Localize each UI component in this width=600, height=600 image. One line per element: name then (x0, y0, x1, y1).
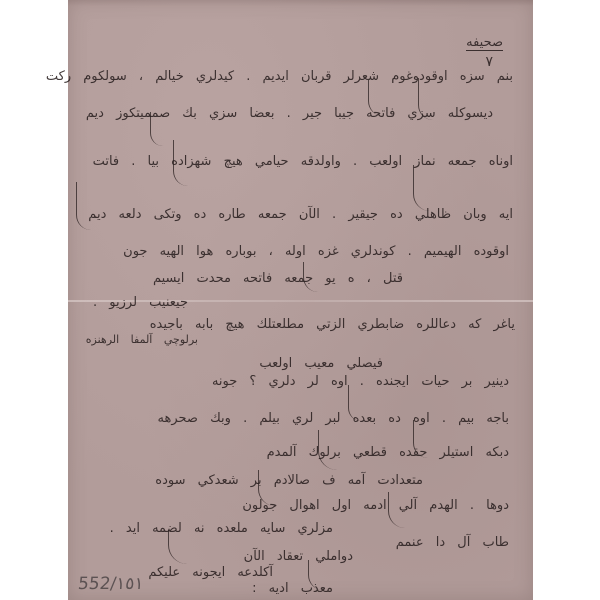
handwritten-line: مزلري سايه ملعده نه لضمه ايد . (110, 522, 333, 535)
handwritten-line: متعدادت آمه ف صالادم بر شعدكي سوده (155, 474, 423, 487)
handwritten-line: دبكه استيلر حقده قطعي برلوك آلمدم (267, 446, 509, 459)
ink-descender-stroke (348, 385, 361, 421)
ink-descender-stroke (168, 530, 187, 564)
handwritten-line: اوقوده الهيميم . كوندلري غزه اوله ، بوبا… (123, 245, 509, 258)
ink-descender-stroke (413, 420, 428, 458)
ink-descender-stroke (173, 140, 188, 186)
letter-page: صحيفه ٧ بنم سزه اوقودوغوم شعرلر قربان اي… (68, 0, 533, 600)
ink-descender-stroke (150, 112, 163, 146)
handwritten-line: دواملي تعقاد الآن (244, 550, 353, 563)
ink-descender-stroke (303, 262, 318, 292)
handwritten-line: اوناه جمعه نماز اولعب . واولدقه حيامي هي… (93, 155, 513, 168)
handwritten-line: آكلدعه ايجونه عليكم (148, 566, 273, 579)
handwritten-line: جيعنيب لرزيو . (93, 296, 188, 309)
handwritten-line: ايه وبان ظاهلي ده جيقير . الآن جمعه طاره… (88, 208, 513, 221)
handwritten-line: باجه بيم . اوه ده بعده لبر لري بيلم . وب… (158, 412, 509, 425)
handwritten-line: دوها . الهدم آلي ادمه اول اهوال جولون (242, 499, 509, 512)
ink-descender-stroke (76, 182, 91, 230)
page-heading: صحيفه (466, 36, 503, 51)
handwritten-line: طاب آل دا عنمم (396, 536, 509, 549)
handwritten-line: بنم سزه اوقودوغوم شعرلر قربان ايديم . كي… (46, 70, 513, 83)
page-number: ٧ (485, 55, 493, 69)
handwritten-line: برلوچي آلمفا الرهنزه (86, 334, 198, 345)
handwritten-line: ياغر كه دعاللره ضابطري الزتي مطلعتلك هيچ… (150, 318, 515, 331)
ink-descender-stroke (388, 492, 405, 528)
handwritten-line: قتل ، ه يو جمعه فاتحه محدت ايسيم (153, 272, 403, 285)
ink-descender-stroke (418, 78, 433, 120)
handwritten-line: فيصلي معيب اولعب (259, 357, 383, 370)
ink-descender-stroke (318, 430, 337, 470)
archive-reference-number: 552/١٥١ (77, 574, 145, 594)
ink-descender-stroke (413, 165, 430, 211)
